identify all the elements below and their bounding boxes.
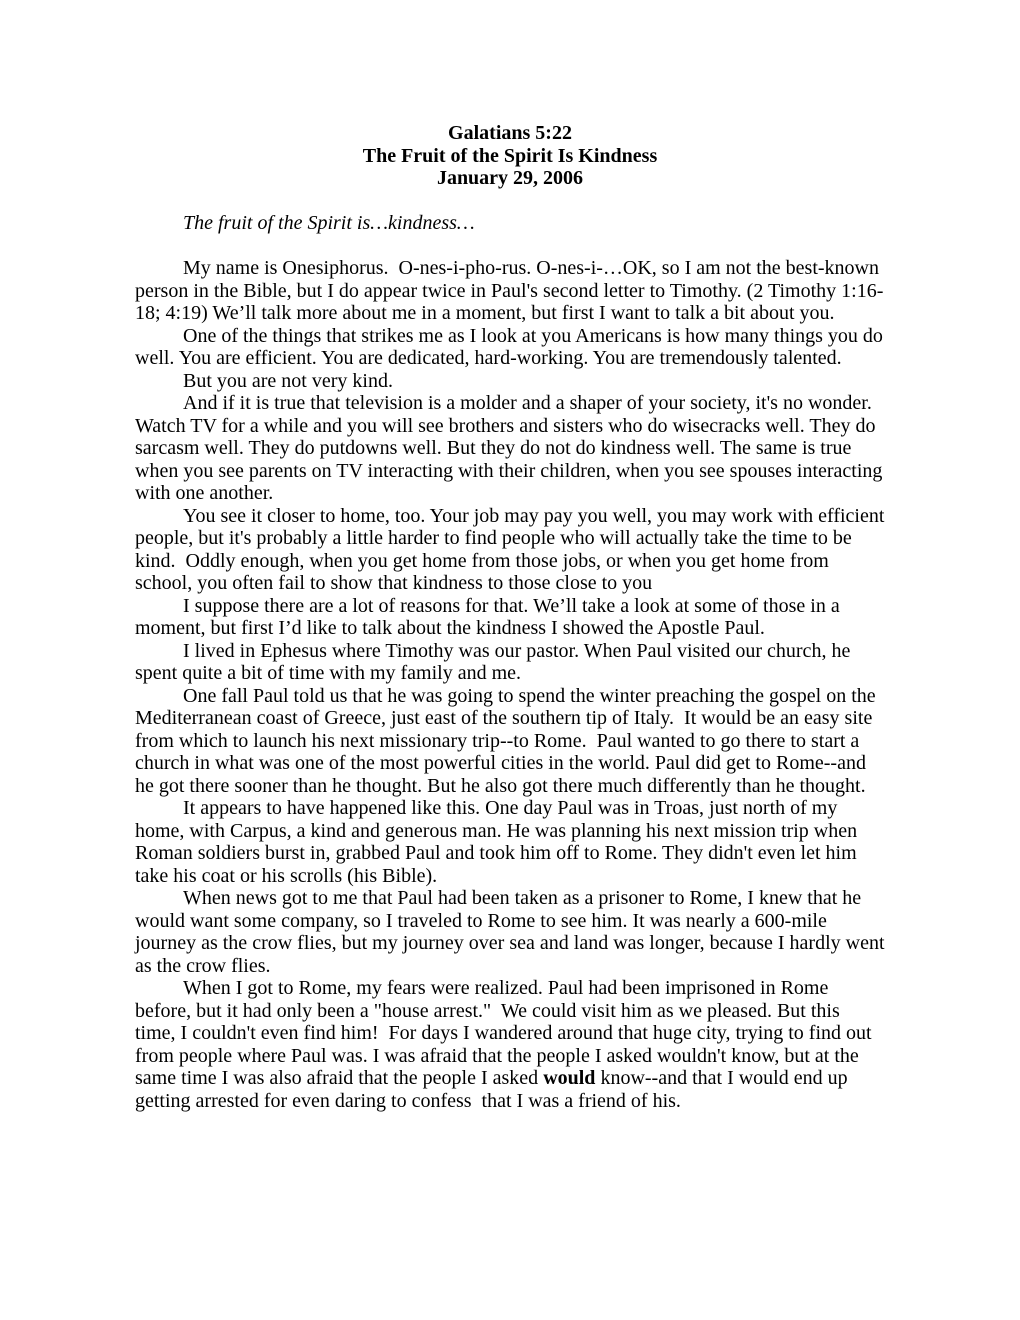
document-body: My name is Onesiphorus. O-nes-i-pho-rus.… — [135, 257, 885, 1112]
epigraph: The fruit of the Spirit is…kindness… — [135, 212, 885, 235]
paragraph: One fall Paul told us that he was going … — [135, 685, 885, 798]
sermon-title: The Fruit of the Spirit Is Kindness — [135, 145, 885, 168]
paragraph: I suppose there are a lot of reasons for… — [135, 595, 885, 640]
paragraph: I lived in Ephesus where Timothy was our… — [135, 640, 885, 685]
bold-text: would — [543, 1067, 595, 1089]
document-title-block: Galatians 5:22 The Fruit of the Spirit I… — [135, 122, 885, 190]
paragraph: It appears to have happened like this. O… — [135, 797, 885, 887]
paragraph: When news got to me that Paul had been t… — [135, 887, 885, 977]
body-text: And if it is true that television is a m… — [135, 392, 887, 504]
paragraph: One of the things that strikes me as I l… — [135, 325, 885, 370]
paragraph: My name is Onesiphorus. O-nes-i-pho-rus.… — [135, 257, 885, 325]
paragraph: But you are not very kind. — [135, 370, 885, 393]
scripture-reference: Galatians 5:22 — [135, 122, 885, 145]
document-content: Galatians 5:22 The Fruit of the Spirit I… — [135, 122, 885, 1112]
document-page: Galatians 5:22 The Fruit of the Spirit I… — [0, 0, 1020, 1320]
body-text: When news got to me that Paul had been t… — [135, 887, 890, 977]
body-text: One fall Paul told us that he was going … — [135, 685, 881, 797]
paragraph: You see it closer to home, too. Your job… — [135, 505, 885, 595]
body-text: I suppose there are a lot of reasons for… — [135, 595, 845, 640]
body-text: But you are not very kind. — [183, 370, 393, 392]
body-text: It appears to have happened like this. O… — [135, 797, 862, 887]
sermon-date: January 29, 2006 — [135, 167, 885, 190]
paragraph: When I got to Rome, my fears were realiz… — [135, 977, 885, 1112]
body-text: You see it closer to home, too. Your job… — [135, 505, 889, 595]
body-text: My name is Onesiphorus. O-nes-i-pho-rus.… — [135, 257, 884, 324]
body-text: I lived in Ephesus where Timothy was our… — [135, 640, 855, 685]
body-text: One of the things that strikes me as I l… — [135, 325, 888, 370]
paragraph: And if it is true that television is a m… — [135, 392, 885, 505]
